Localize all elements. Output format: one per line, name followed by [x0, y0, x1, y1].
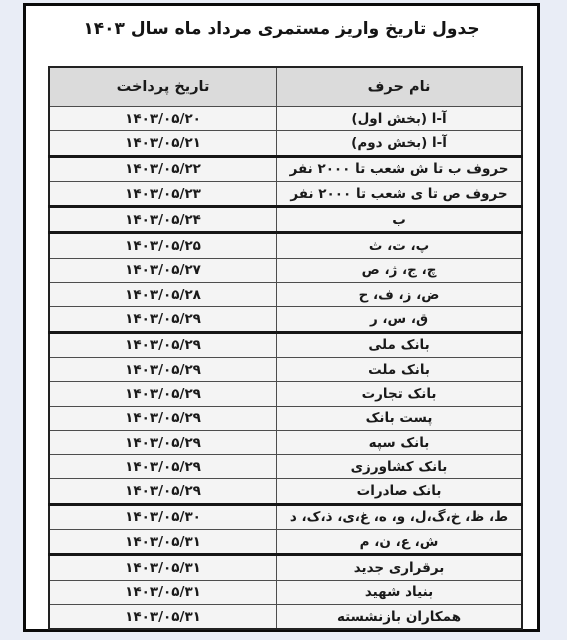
payment-date-cell: ۱۴۰۳/۰۵/۲۹ — [49, 479, 277, 504]
letter-name-cell: ق، س، ر — [277, 307, 522, 332]
payment-date-cell: ۱۴۰۳/۰۵/۳۱ — [49, 580, 277, 604]
table-row: ش، ع، ن، م۱۴۰۳/۰۵/۳۱ — [49, 530, 522, 555]
table-row: بانک صادرات۱۴۰۳/۰۵/۲۹ — [49, 479, 522, 504]
table-row: بانک ملت۱۴۰۳/۰۵/۲۹ — [49, 357, 522, 381]
payment-date-cell: ۱۴۰۳/۰۵/۲۹ — [49, 406, 277, 430]
page-title: جدول تاریخ واریز مستمری مرداد ماه سال ۱۴… — [26, 19, 537, 39]
payment-schedule-table: نام حرف تاریخ پرداخت آ-ا (بخش اول)۱۴۰۳/۰… — [48, 66, 523, 630]
payment-date-cell: ۱۴۰۳/۰۵/۲۹ — [49, 430, 277, 454]
table-row: بنیاد شهید۱۴۰۳/۰۵/۳۱ — [49, 580, 522, 604]
letter-name-cell: آ-ا (بخش دوم) — [277, 131, 522, 156]
payment-date-cell: ۱۴۰۳/۰۵/۲۱ — [49, 131, 277, 156]
schedule-card: جدول تاریخ واریز مستمری مرداد ماه سال ۱۴… — [23, 3, 540, 632]
letter-name-cell: بانک کشاورزی — [277, 455, 522, 479]
letter-name-cell: آ-ا (بخش اول) — [277, 107, 522, 131]
table-row: چ، ج، ژ، ص۱۴۰۳/۰۵/۲۷ — [49, 258, 522, 282]
table-row: بانک تجارت۱۴۰۳/۰۵/۲۹ — [49, 382, 522, 406]
payment-date-cell: ۱۴۰۳/۰۵/۳۱ — [49, 604, 277, 629]
payment-date-cell: ۱۴۰۳/۰۵/۲۴ — [49, 207, 277, 233]
payment-date-cell: ۱۴۰۳/۰۵/۲۵ — [49, 233, 277, 258]
table-row: بانک کشاورزی۱۴۰۳/۰۵/۲۹ — [49, 455, 522, 479]
table-row: ق، س، ر۱۴۰۳/۰۵/۲۹ — [49, 307, 522, 332]
letter-name-cell: حروف ب تا ش شعب تا ۲۰۰۰ نفر — [277, 156, 522, 181]
payment-date-cell: ۱۴۰۳/۰۵/۲۹ — [49, 332, 277, 357]
letter-name-cell: بانک صادرات — [277, 479, 522, 504]
table-row: پست بانک۱۴۰۳/۰۵/۲۹ — [49, 406, 522, 430]
letter-name-cell: بانک تجارت — [277, 382, 522, 406]
table-row: آ-ا (بخش اول)۱۴۰۳/۰۵/۲۰ — [49, 107, 522, 131]
letter-name-cell: ب — [277, 207, 522, 233]
letter-name-cell: بنیاد شهید — [277, 580, 522, 604]
letter-name-cell: ش، ع، ن، م — [277, 530, 522, 555]
letter-name-cell: ط، ظ، خ،گ،ل، و، ه، غ،ی، ذ،ک، د — [277, 504, 522, 529]
table-row: بانک سپه۱۴۰۳/۰۵/۲۹ — [49, 430, 522, 454]
letter-name-cell: حروف ص تا ی شعب تا ۲۰۰۰ نفر — [277, 181, 522, 206]
letter-name-cell: همکاران بازنشسته — [277, 604, 522, 629]
letter-name-cell: پست بانک — [277, 406, 522, 430]
letter-name-cell: برقراری جدید — [277, 555, 522, 580]
table-row: ض، ز، ف، ح۱۴۰۳/۰۵/۲۸ — [49, 283, 522, 307]
table-row: حروف ص تا ی شعب تا ۲۰۰۰ نفر۱۴۰۳/۰۵/۲۳ — [49, 181, 522, 206]
payment-date-cell: ۱۴۰۳/۰۵/۲۹ — [49, 382, 277, 406]
payment-date-cell: ۱۴۰۳/۰۵/۲۹ — [49, 307, 277, 332]
header-row: نام حرف تاریخ پرداخت — [49, 67, 522, 107]
payment-date-cell: ۱۴۰۳/۰۵/۲۲ — [49, 156, 277, 181]
letter-name-cell: پ، ت، ث — [277, 233, 522, 258]
column-header-letter-name: نام حرف — [277, 67, 522, 107]
table-row: حروف ب تا ش شعب تا ۲۰۰۰ نفر۱۴۰۳/۰۵/۲۲ — [49, 156, 522, 181]
payment-date-cell: ۱۴۰۳/۰۵/۲۹ — [49, 357, 277, 381]
payment-date-cell: ۱۴۰۳/۰۵/۲۷ — [49, 258, 277, 282]
payment-date-cell: ۱۴۰۳/۰۵/۳۱ — [49, 555, 277, 580]
payment-date-cell: ۱۴۰۳/۰۵/۲۰ — [49, 107, 277, 131]
table-row: ط، ظ، خ،گ،ل، و، ه، غ،ی، ذ،ک، د۱۴۰۳/۰۵/۳۰ — [49, 504, 522, 529]
payment-date-cell: ۱۴۰۳/۰۵/۲۹ — [49, 455, 277, 479]
letter-name-cell: ض، ز، ف، ح — [277, 283, 522, 307]
table-row: بانک ملی۱۴۰۳/۰۵/۲۹ — [49, 332, 522, 357]
table-row: آ-ا (بخش دوم)۱۴۰۳/۰۵/۲۱ — [49, 131, 522, 156]
column-header-payment-date: تاریخ پرداخت — [49, 67, 277, 107]
table-row: برقراری جدید۱۴۰۳/۰۵/۳۱ — [49, 555, 522, 580]
table-row: همکاران بازنشسته۱۴۰۳/۰۵/۳۱ — [49, 604, 522, 629]
letter-name-cell: بانک سپه — [277, 430, 522, 454]
letter-name-cell: بانک ملت — [277, 357, 522, 381]
letter-name-cell: بانک ملی — [277, 332, 522, 357]
payment-date-cell: ۱۴۰۳/۰۵/۳۱ — [49, 530, 277, 555]
table-row: پ، ت، ث۱۴۰۳/۰۵/۲۵ — [49, 233, 522, 258]
letter-name-cell: چ، ج، ژ، ص — [277, 258, 522, 282]
table-body: آ-ا (بخش اول)۱۴۰۳/۰۵/۲۰آ-ا (بخش دوم)۱۴۰۳… — [49, 107, 522, 630]
payment-date-cell: ۱۴۰۳/۰۵/۲۸ — [49, 283, 277, 307]
payment-date-cell: ۱۴۰۳/۰۵/۲۳ — [49, 181, 277, 206]
payment-date-cell: ۱۴۰۳/۰۵/۳۰ — [49, 504, 277, 529]
table-row: ب۱۴۰۳/۰۵/۲۴ — [49, 207, 522, 233]
